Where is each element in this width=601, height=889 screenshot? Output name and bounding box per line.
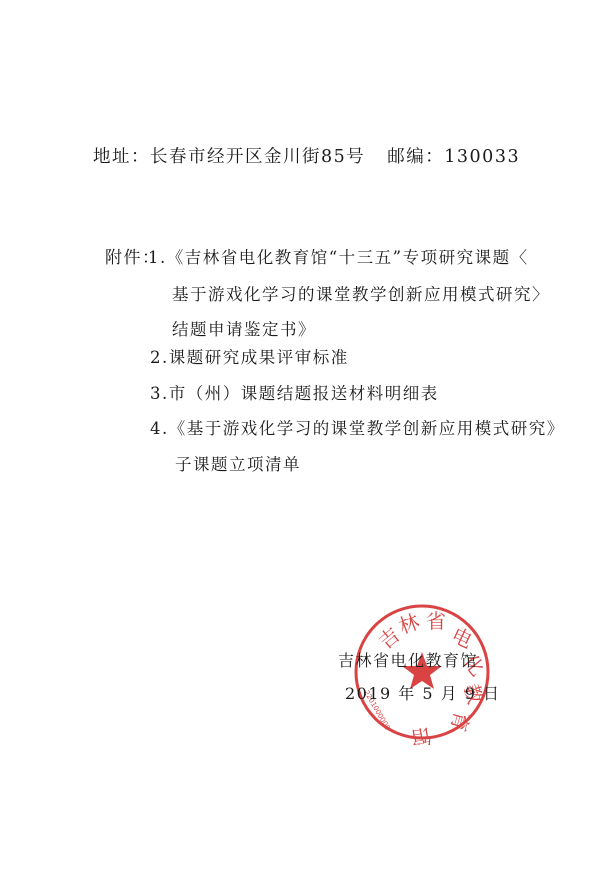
attachment-item-1-line-2: 基于游戏化学习的课堂教学创新应用模式研究〉 xyxy=(172,285,550,305)
svg-text:省: 省 xyxy=(426,609,446,633)
attachment-item-4-line-2: 子课题立项清单 xyxy=(175,455,301,475)
attachment-text: 《吉林省电化教育馆“十三五”专项研究课题〈 xyxy=(167,248,529,267)
attachment-item-2: 2.课题研究成果评审标准 xyxy=(150,348,349,368)
address-line: 地址：长春市经开区金川街85号邮编：130033 xyxy=(93,147,520,167)
svg-text:林: 林 xyxy=(396,609,423,638)
signature-date: 2019 年 5 月 9 日 xyxy=(345,681,501,704)
postcode-label: 邮编： xyxy=(387,147,444,167)
attachment-number: 4. xyxy=(150,419,169,438)
attachment-text: 课题研究成果评审标准 xyxy=(169,348,349,367)
postcode-value: 130033 xyxy=(444,147,520,167)
attachment-item-1: 1.《吉林省电化教育馆“十三五”专项研究课题〈 xyxy=(148,248,529,268)
attachment-item-1-line-3: 结题申请鉴定书》 xyxy=(172,320,316,340)
attachment-text: 《基于游戏化学习的课堂教学创新应用模式研究》 xyxy=(169,419,565,438)
attachment-item-3: 3.市（州）课题结题报送材料明细表 xyxy=(150,384,439,404)
svg-text:馆: 馆 xyxy=(409,723,433,745)
attachment-number: 1. xyxy=(148,248,167,267)
signature-organization: 吉林省电化教育馆 xyxy=(338,648,478,671)
address-label: 地址： xyxy=(93,147,150,167)
official-seal-icon: 吉 林 省 电 化 教 育 馆 2201000000 xyxy=(350,600,495,745)
attachment-number: 3. xyxy=(150,384,169,403)
attachment-text: 市（州）课题结题报送材料明细表 xyxy=(169,384,439,403)
attachment-number: 2. xyxy=(150,348,169,367)
attachment-item-4: 4.《基于游戏化学习的课堂教学创新应用模式研究》 xyxy=(150,419,565,439)
address-value: 长春市经开区金川街85号 xyxy=(150,147,365,167)
